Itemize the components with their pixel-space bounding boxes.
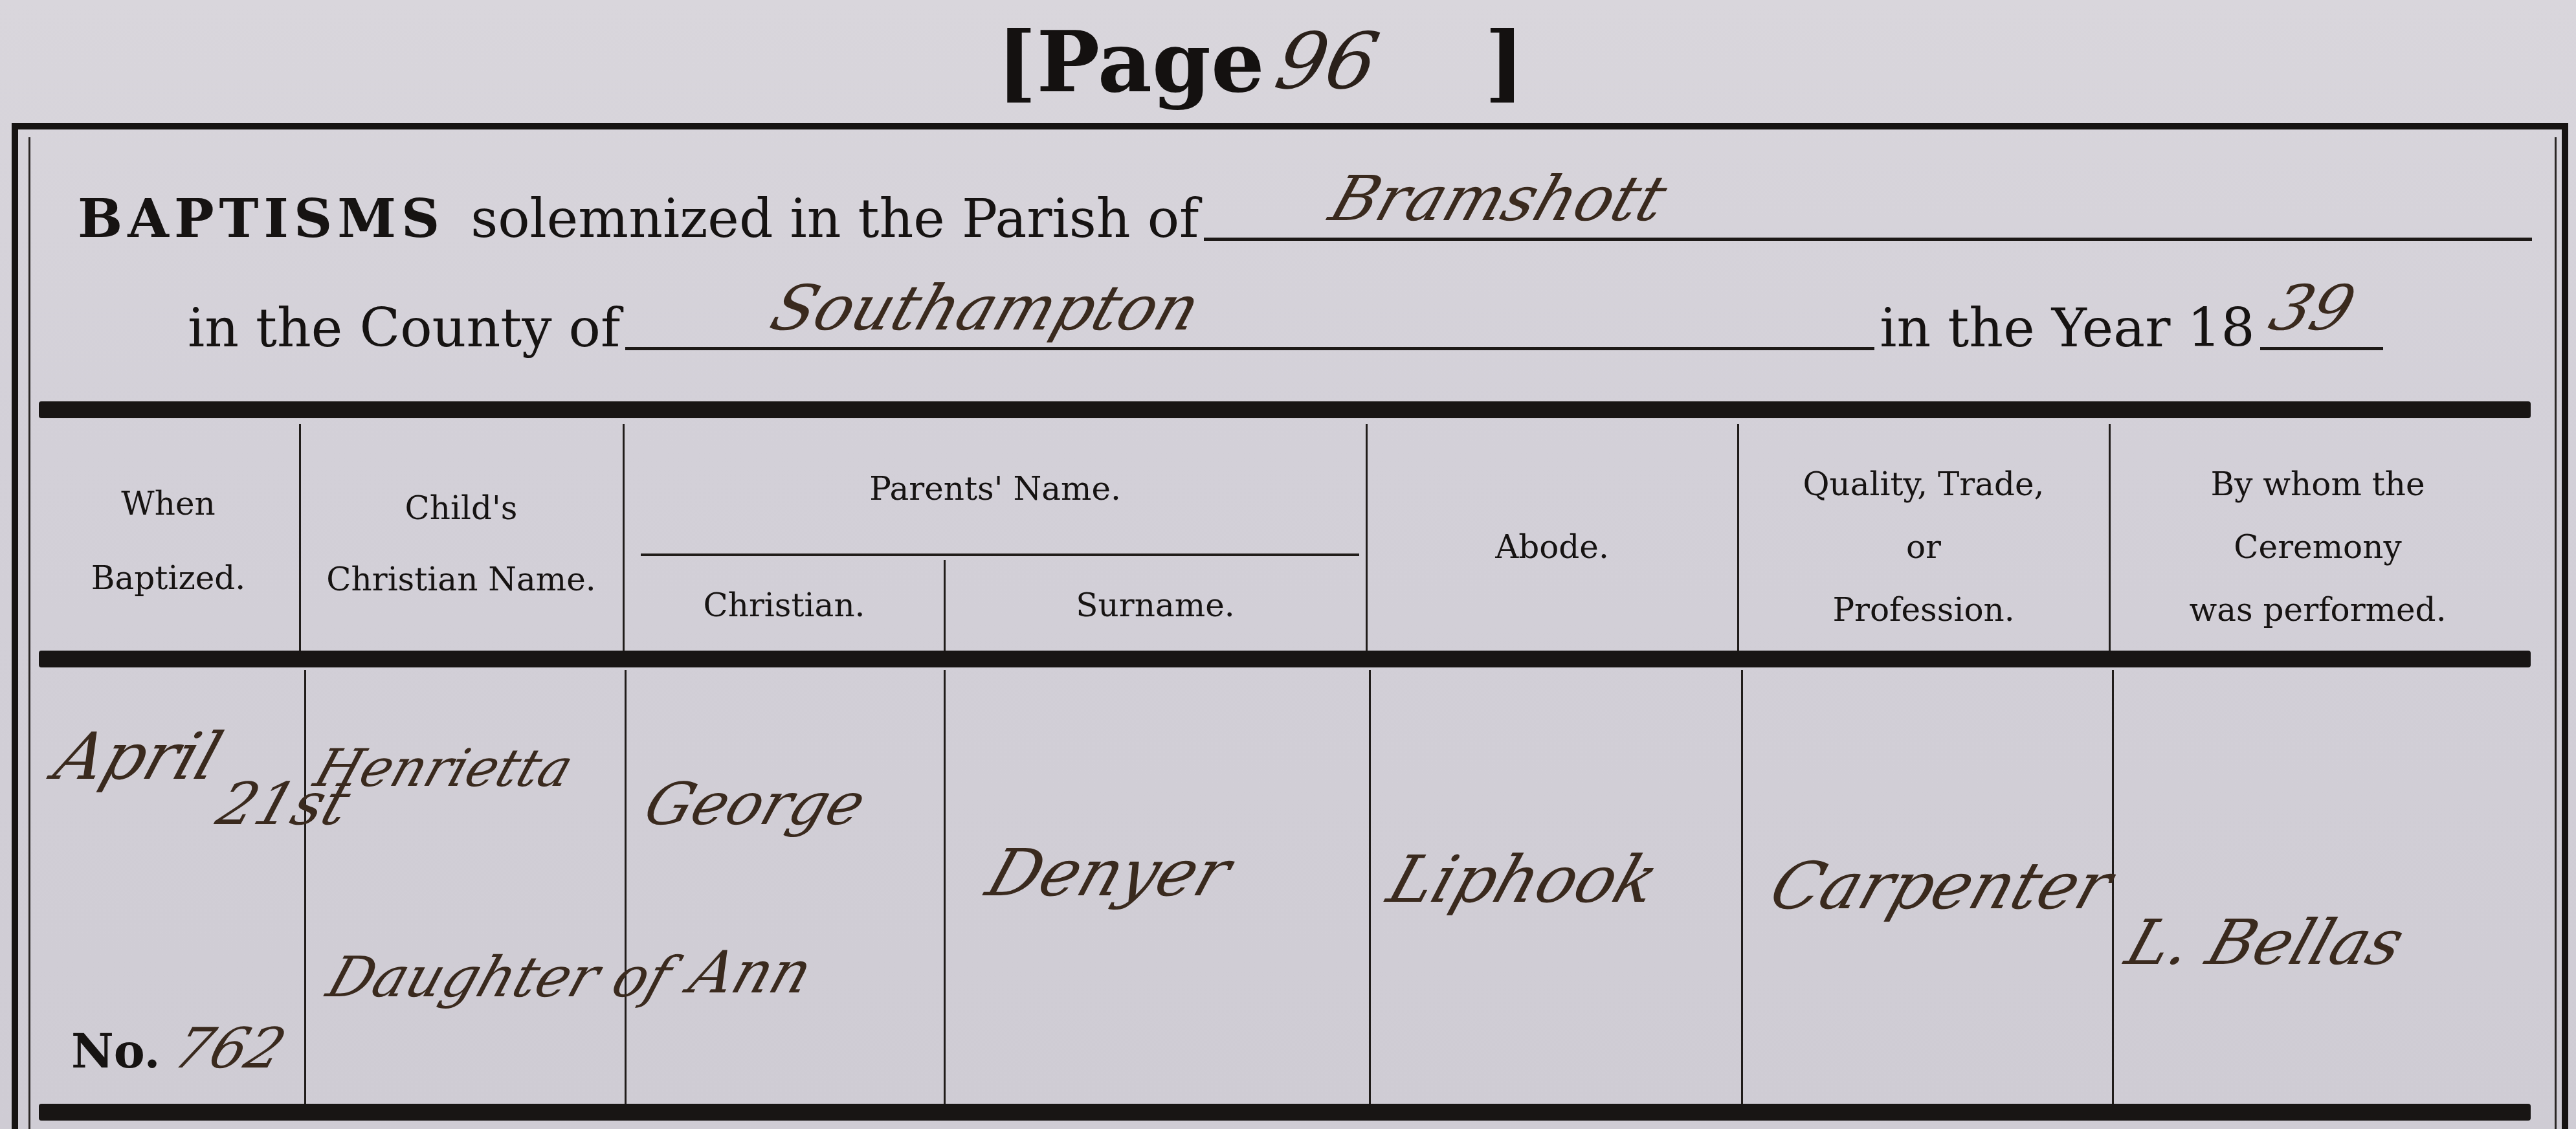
header-text: Surname. bbox=[1076, 589, 1234, 621]
year-field: 39 bbox=[2260, 302, 2383, 350]
header-abode: Abode. bbox=[1368, 511, 1737, 583]
county-label: in the County of bbox=[188, 298, 620, 359]
header-parents-name: Parents' Name. bbox=[625, 453, 1366, 524]
record-number: No. 762 bbox=[71, 1016, 283, 1081]
page-label: [Page bbox=[997, 12, 1265, 111]
header-text: Christian Name. bbox=[326, 563, 595, 596]
header-text: Baptized. bbox=[91, 562, 245, 594]
header-text: When bbox=[121, 487, 215, 520]
rule-top bbox=[39, 401, 2531, 418]
rule-bottom bbox=[39, 1104, 2531, 1121]
header-parents-surname: Surname. bbox=[945, 570, 1366, 641]
entry-relation: Daughter of bbox=[320, 945, 680, 1010]
header-quality-trade: Quality, Trade, or Profession. bbox=[1739, 453, 2108, 641]
rule-middle bbox=[39, 651, 2531, 667]
parish-label: solemnized in the Parish of bbox=[471, 188, 1199, 250]
header-text: Child's bbox=[405, 492, 518, 524]
year-label: in the Year 18 bbox=[1880, 298, 2255, 359]
parish-value: Bramshott bbox=[1322, 162, 1676, 235]
county-value: Southampton bbox=[762, 272, 1209, 344]
header-text: By whom the bbox=[2210, 468, 2425, 500]
entry-abode: Liphook bbox=[1379, 842, 1668, 917]
header-text: Abode. bbox=[1495, 531, 1609, 563]
record-value: 762 bbox=[166, 1016, 293, 1081]
page-close-bracket: ] bbox=[1485, 12, 1525, 111]
header-text: Ceremony bbox=[2234, 531, 2401, 563]
register-title: BAPTISMS bbox=[78, 188, 445, 250]
col-divider bbox=[625, 670, 627, 1104]
header-text: or bbox=[1906, 531, 1941, 563]
header-text: Profession. bbox=[1832, 594, 2014, 626]
header-text: Quality, Trade, bbox=[1803, 468, 2044, 500]
col-divider bbox=[304, 670, 306, 1104]
title-line-parish: BAPTISMS solemnized in the Parish of Bra… bbox=[78, 188, 2537, 250]
parish-field: Bramshott bbox=[1204, 192, 2532, 241]
entry-mother-name: Ann bbox=[682, 939, 821, 1007]
entry-officiant: L. Bellas bbox=[2118, 906, 2413, 979]
header-text: Parents' Name. bbox=[869, 473, 1121, 505]
header-text: Christian. bbox=[704, 589, 865, 621]
title-line-county: in the County of Southampton in the Year… bbox=[188, 298, 2537, 359]
entry-month: April bbox=[46, 719, 231, 794]
col-divider bbox=[2112, 670, 2114, 1104]
col-divider bbox=[1741, 670, 1743, 1104]
header-text: was performed. bbox=[2189, 594, 2446, 626]
col-divider bbox=[944, 670, 946, 1104]
page-number: 96 bbox=[1268, 17, 1482, 107]
header-when-baptized: When Baptized. bbox=[39, 466, 298, 615]
header-parents-christian: Christian. bbox=[625, 570, 944, 641]
header-child-name: Child's Christian Name. bbox=[301, 473, 621, 615]
page-header: [Page 96 ] bbox=[997, 6, 1524, 117]
entry-father-name: George bbox=[636, 770, 874, 838]
county-field: Southampton bbox=[625, 302, 1874, 350]
entry-profession: Carpenter bbox=[1761, 848, 2122, 924]
record-label: No. bbox=[71, 1023, 161, 1079]
col-divider bbox=[1369, 670, 1371, 1104]
entry-child-name: Henrietta bbox=[307, 738, 581, 798]
parents-divider bbox=[641, 553, 1359, 556]
header-by-whom: By whom the Ceremony was performed. bbox=[2111, 453, 2525, 641]
entry-surname: Denyer bbox=[978, 835, 1240, 911]
